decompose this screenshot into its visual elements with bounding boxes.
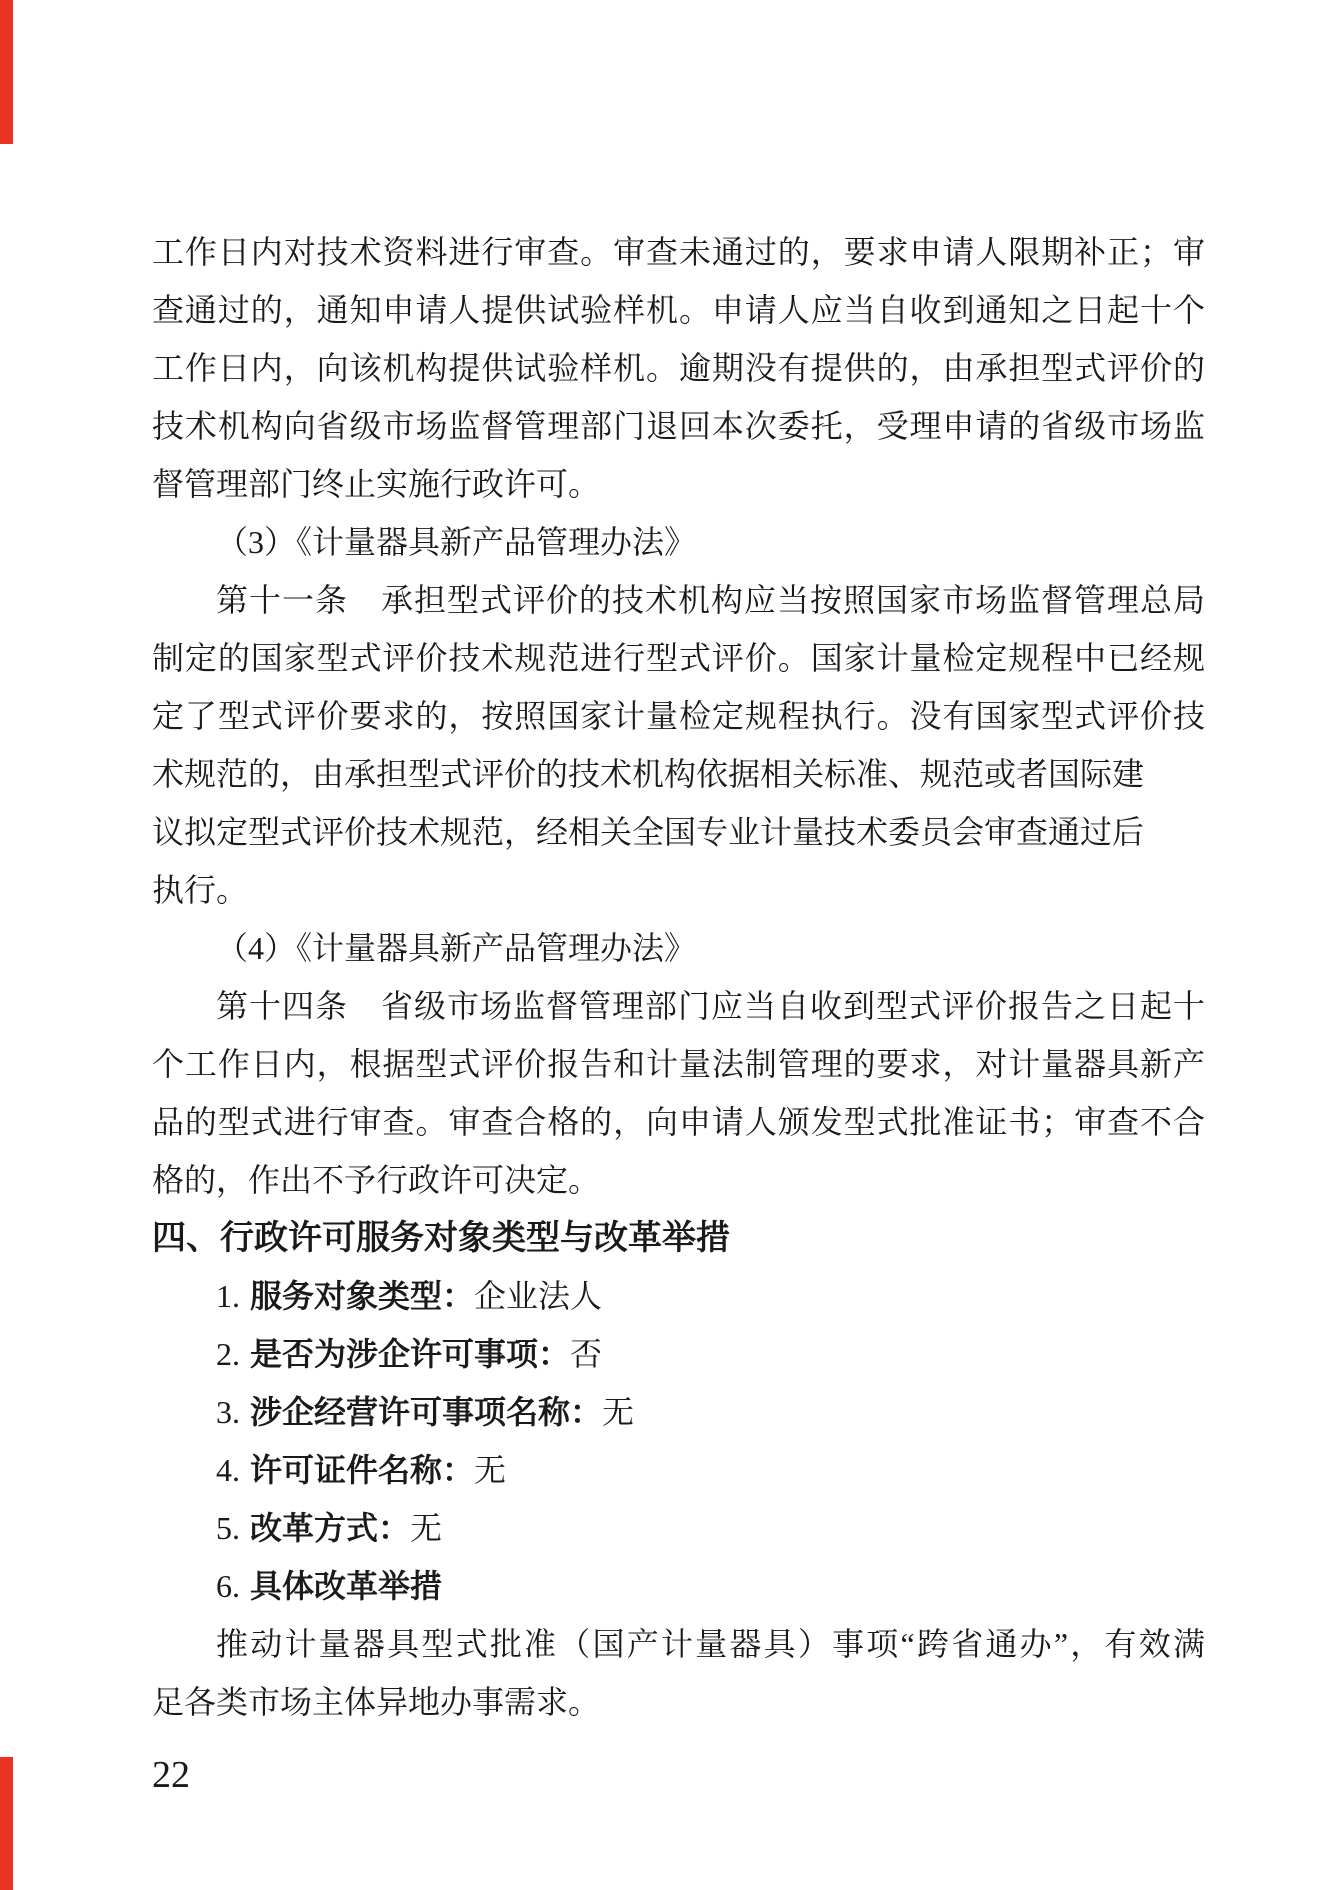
- text-line: 定了型式评价要求的，按照国家计量检定规程执行。没有国家型式评价技: [152, 687, 1205, 745]
- text-line: 工作日内对技术资料进行审查。审查未通过的，要求申请人限期补正；审: [152, 223, 1205, 281]
- list-item-label: 是否为涉企许可事项：: [250, 1336, 570, 1372]
- list-item-number: 4.: [216, 1452, 240, 1488]
- list-item-value: 否: [570, 1336, 602, 1372]
- list-item: 1.服务对象类型：企业法人: [152, 1267, 1205, 1325]
- text-line: 工作日内，向该机构提供试验样机。逾期没有提供的，由承担型式评价的: [152, 339, 1205, 397]
- document-page: 工作日内对技术资料进行审查。审查未通过的，要求申请人限期补正；审查通过的，通知申…: [0, 0, 1339, 1890]
- page-edge-marker-bottom: [0, 1757, 13, 1890]
- text-line: 督管理部门终止实施行政许可。: [152, 455, 1205, 513]
- list-item-label: 涉企经营许可事项名称：: [250, 1394, 602, 1430]
- list-item-label: 具体改革举措: [250, 1568, 442, 1604]
- section-heading: 四、行政许可服务对象类型与改革举措: [152, 1209, 1205, 1267]
- list-item-value: 无: [474, 1452, 506, 1488]
- text-line: 足各类市场主体异地办事需求。: [152, 1673, 1205, 1731]
- list-item: 5.改革方式：无: [152, 1499, 1205, 1557]
- text-line: 查通过的，通知申请人提供试验样机。申请人应当自收到通知之日起十个: [152, 281, 1205, 339]
- document-body: 工作日内对技术资料进行审查。审查未通过的，要求申请人限期补正；审查通过的，通知申…: [152, 223, 1205, 1731]
- text-line: 技术机构向省级市场监督管理部门退回本次委托，受理申请的省级市场监: [152, 397, 1205, 455]
- text-line: 术规范的，由承担型式评价的技术机构依据相关标准、规范或者国际建: [152, 745, 1205, 803]
- list-item-label: 服务对象类型：: [250, 1278, 474, 1314]
- text-line: （3）《计量器具新产品管理办法》: [152, 513, 1205, 571]
- list-item: 3.涉企经营许可事项名称：无: [152, 1383, 1205, 1441]
- list-item-number: 2.: [216, 1336, 240, 1372]
- list-item-value: 无: [602, 1394, 634, 1430]
- text-line: 品的型式进行审查。审查合格的，向申请人颁发型式批准证书；审查不合: [152, 1093, 1205, 1151]
- list-item: 4.许可证件名称：无: [152, 1441, 1205, 1499]
- page-number: 22: [152, 1752, 190, 1798]
- text-line: 议拟定型式评价技术规范，经相关全国专业计量技术委员会审查通过后: [152, 803, 1205, 861]
- text-line: 推动计量器具型式批准（国产计量器具）事项“跨省通办”，有效满: [152, 1615, 1205, 1673]
- list-item-number: 6.: [216, 1568, 240, 1604]
- list-item-value: 企业法人: [474, 1278, 602, 1314]
- text-line: 执行。: [152, 861, 1205, 919]
- text-line: 格的，作出不予行政许可决定。: [152, 1151, 1205, 1209]
- list-item: 6.具体改革举措: [152, 1557, 1205, 1615]
- text-line: 第十一条 承担型式评价的技术机构应当按照国家市场监督管理总局: [152, 571, 1205, 629]
- text-line: 第十四条 省级市场监督管理部门应当自收到型式评价报告之日起十: [152, 977, 1205, 1035]
- list-item-number: 5.: [216, 1510, 240, 1546]
- text-line: （4）《计量器具新产品管理办法》: [152, 919, 1205, 977]
- page-edge-marker-top: [0, 0, 13, 144]
- text-line: 个工作日内，根据型式评价报告和计量法制管理的要求，对计量器具新产: [152, 1035, 1205, 1093]
- list-item: 2.是否为涉企许可事项：否: [152, 1325, 1205, 1383]
- list-item-number: 1.: [216, 1278, 240, 1314]
- list-item-label: 改革方式：: [250, 1510, 410, 1546]
- list-item-number: 3.: [216, 1394, 240, 1430]
- list-item-label: 许可证件名称：: [250, 1452, 474, 1488]
- list-item-value: 无: [410, 1510, 442, 1546]
- text-line: 制定的国家型式评价技术规范进行型式评价。国家计量检定规程中已经规: [152, 629, 1205, 687]
